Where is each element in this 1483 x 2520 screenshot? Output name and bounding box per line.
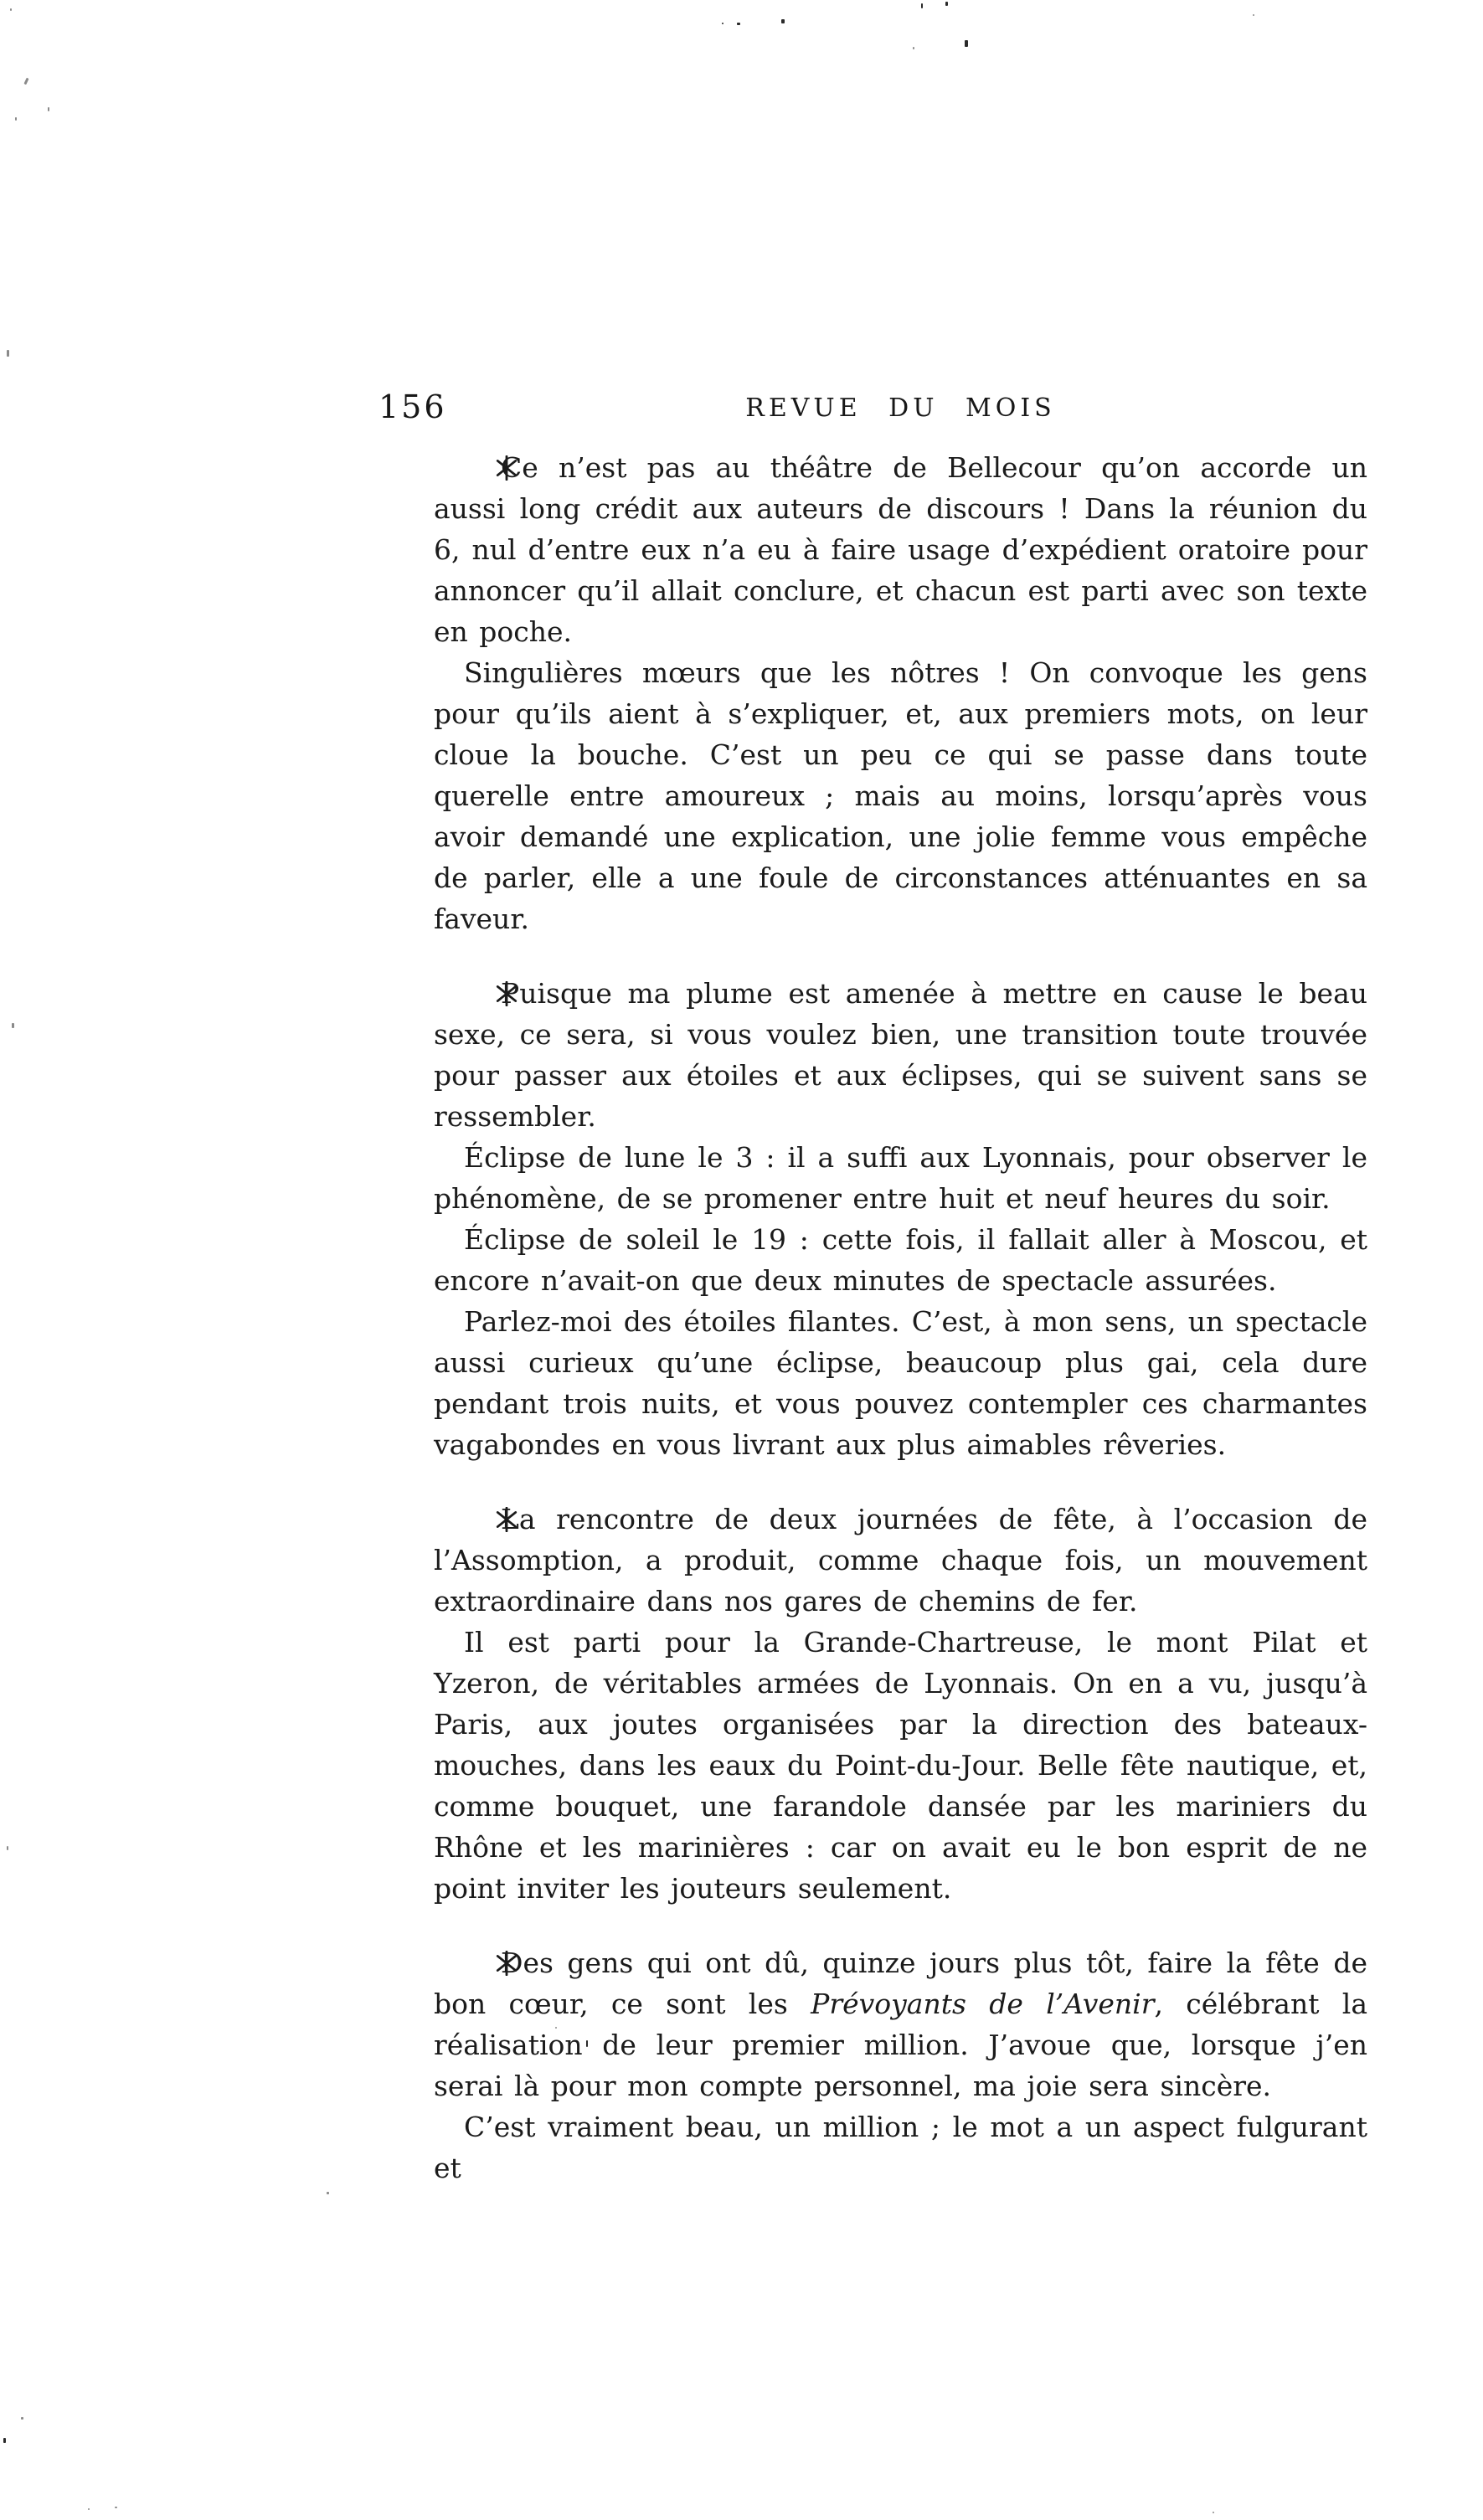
scan-noise-speck [722, 23, 723, 24]
running-title: REVUE DU MOIS [434, 393, 1367, 423]
scan-noise-speck [327, 2192, 329, 2194]
paragraph: Il est parti pour la Grande-Chartreuse, … [434, 1622, 1367, 1909]
scan-noise-speck [965, 40, 968, 47]
scan-noise-speck [781, 19, 785, 23]
italic-run: Prévoyants de l’Avenir [811, 1988, 1154, 2020]
section-asterisk-icon [464, 450, 489, 476]
paragraph: Ce n’est pas au théâtre de Bellecour qu’… [434, 447, 1367, 652]
section-asterisk-icon [464, 1946, 489, 1971]
scan-noise-speck [10, 8, 12, 11]
scan-noise-speck [1253, 14, 1254, 16]
section-asterisk-icon [464, 1502, 489, 1527]
paragraph: Des gens qui ont dû, quinze jours plus t… [434, 1942, 1367, 2106]
scan-noise-speck [12, 1023, 14, 1028]
scan-noise-speck [88, 2508, 90, 2510]
scan-noise-speck [1213, 2512, 1214, 2513]
paragraph: La rencontre de deux journées de fête, à… [434, 1499, 1367, 1622]
scan-noise-speck [737, 23, 740, 25]
text-column: Ce n’est pas au théâtre de Bellecour qu’… [434, 447, 1367, 2188]
text-run: Éclipse de soleil le 19 : cette fois, il… [434, 1223, 1367, 1297]
scan-noise-speck [15, 117, 17, 121]
scanned-book-page: 156 REVUE DU MOIS Ce n’est pas au théâtr… [0, 0, 1483, 2520]
text-run: Singulières mœurs que les nôtres ! On co… [434, 656, 1367, 935]
scan-noise-speck [921, 3, 923, 8]
text-run: Éclipse de lune le 3 : il a suffi aux Ly… [434, 1141, 1367, 1215]
text-run: La rencontre de deux journées de fête, à… [434, 1503, 1367, 1617]
scan-noise-speck [7, 350, 9, 357]
text-run: Ce n’est pas au théâtre de Bellecour qu’… [434, 451, 1367, 648]
scan-noise-speck [21, 2417, 23, 2420]
paragraph: Parlez-moi des étoiles filantes. C’est, … [434, 1301, 1367, 1465]
paragraph: C’est vraiment beau, un million ; le mot… [434, 2106, 1367, 2188]
text-run: Parlez-moi des étoiles filantes. C’est, … [434, 1305, 1367, 1461]
text-run: Il est parti pour la Grande-Chartreuse, … [434, 1626, 1367, 1905]
scan-noise-speck [23, 78, 28, 85]
scan-noise-speck [115, 2507, 117, 2508]
paragraph: Éclipse de soleil le 19 : cette fois, il… [434, 1219, 1367, 1301]
section-asterisk-icon [464, 976, 489, 1001]
paragraph: Éclipse de lune le 3 : il a suffi aux Ly… [434, 1137, 1367, 1219]
text-run: C’est vraiment beau, un million ; le mot… [434, 2111, 1367, 2184]
paragraph: Singulières mœurs que les nôtres ! On co… [434, 652, 1367, 939]
scan-noise-speck [945, 2, 948, 6]
paragraph: Puisque ma plume est amenée à mettre en … [434, 973, 1367, 1137]
scan-noise-speck [7, 1846, 8, 1850]
scan-noise-speck [913, 47, 914, 49]
scan-noise-speck [3, 2438, 6, 2443]
text-run: Puisque ma plume est amenée à mettre en … [434, 977, 1367, 1133]
scan-noise-speck [48, 107, 49, 111]
